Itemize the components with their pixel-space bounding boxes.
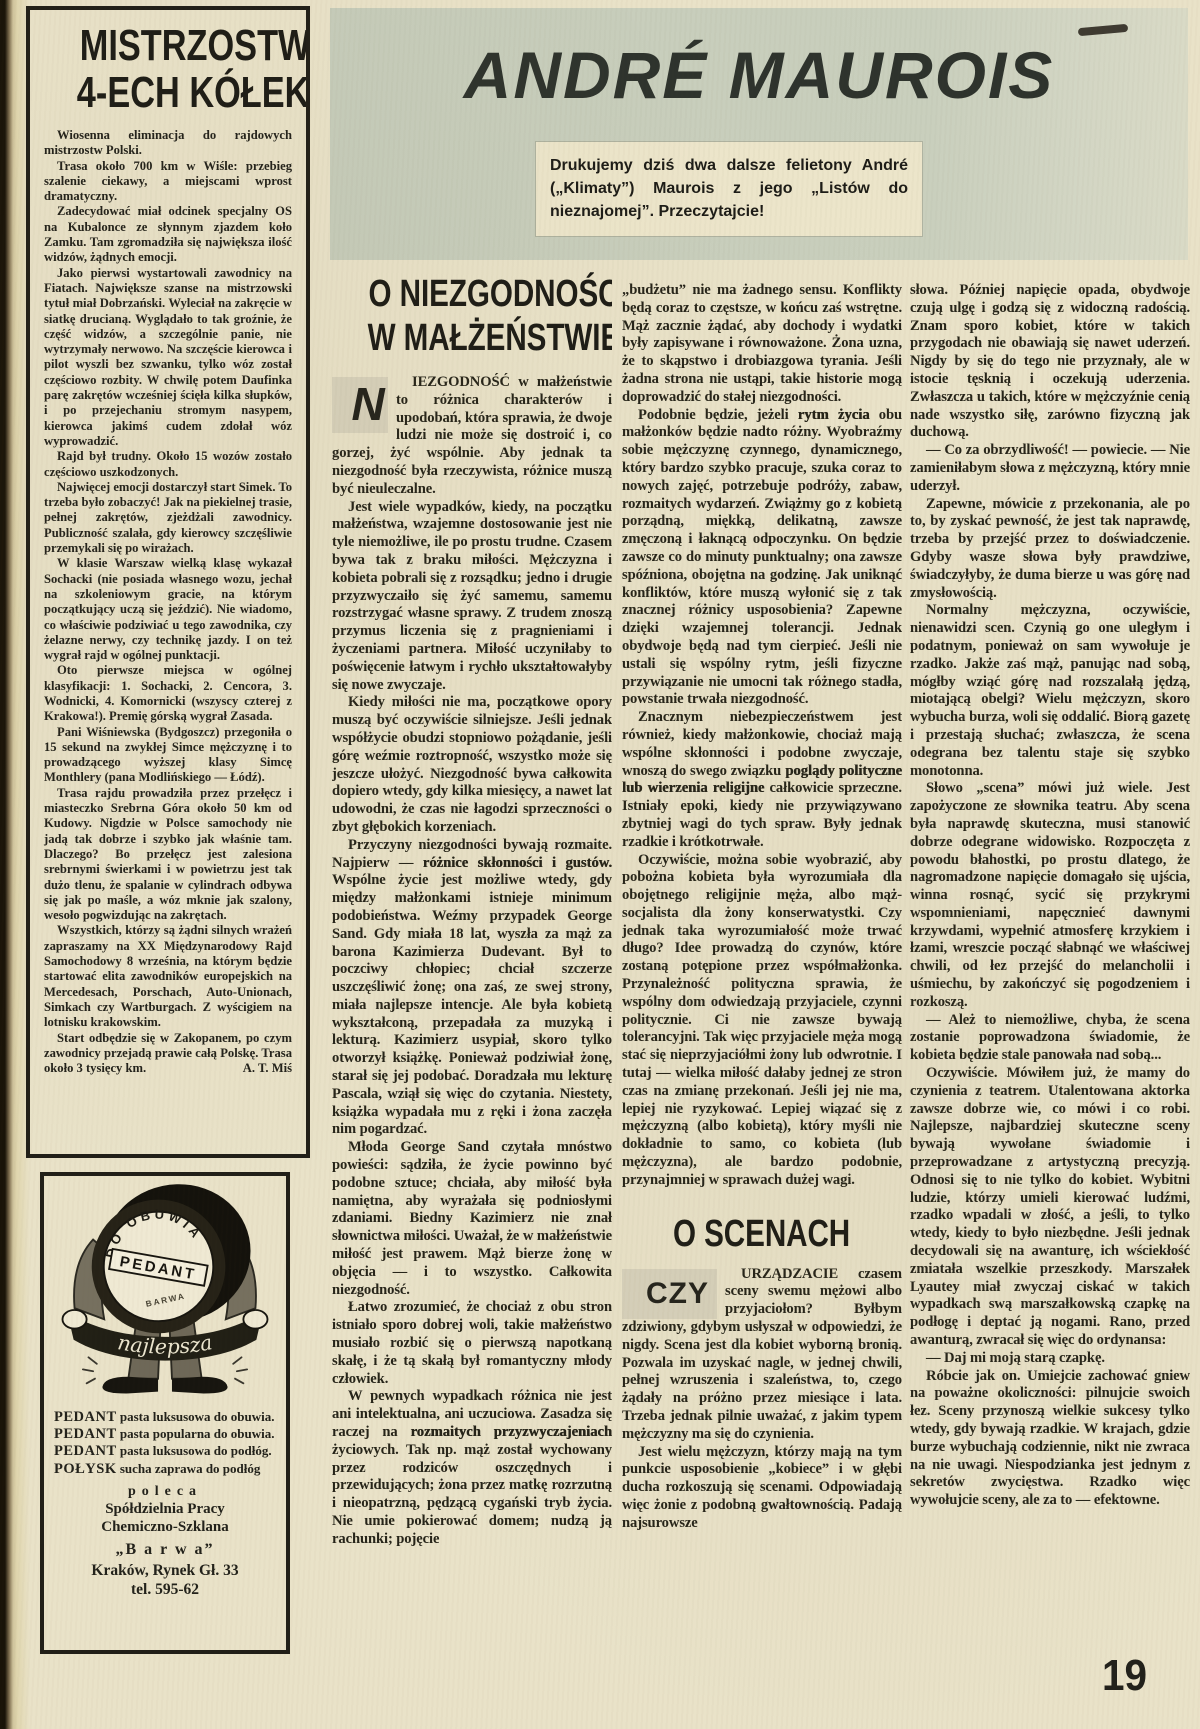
left-shoe bbox=[102, 1377, 158, 1394]
article-column2: „budżetu” nie ma żadnego sensu. Konflikt… bbox=[622, 268, 902, 1656]
paragraph: Trasa około 700 km w Wiśle: przebieg sza… bbox=[44, 159, 292, 205]
ad-company: Spółdzielnia Pracy Chemiczno-Szklana bbox=[54, 1501, 276, 1536]
article1-col2-paragraphs: „budżetu” nie ma żadnego sensu. Konflikt… bbox=[622, 282, 902, 1190]
page-number: 19 bbox=[1102, 1654, 1147, 1698]
ad-address: Kraków, Rynek Gł. 33 bbox=[54, 1561, 276, 1580]
paragraph: Jako pierwsi wystartowali zawodnicy na F… bbox=[44, 266, 292, 450]
newspaper-page: MISTRZOSTWA 4-ECH KÓŁEK Wiosenna elimina… bbox=[0, 0, 1200, 1729]
article1-lead-paragraph: N IEZGODNOŚĆ w małżeństwie to różnica ch… bbox=[332, 374, 612, 499]
paragraph: Młoda George Sand czytała mnóstwo powieś… bbox=[332, 1139, 612, 1299]
svg-text:najlepsza: najlepsza bbox=[116, 1330, 214, 1359]
paragraph: Trasa rajdu prowadziła przez przełęcz i … bbox=[44, 786, 292, 924]
article2-lead-paragraph: CZY URZĄDZACIE czasem sceny swemu mężowi… bbox=[622, 1266, 902, 1444]
article2-title: O SCENACH bbox=[622, 1212, 902, 1256]
paragraph: — Ależ to niemożliwe, chyba, że scena zo… bbox=[910, 1012, 1190, 1065]
paragraph: PEDANT pasta luksusowa do obuwia. bbox=[54, 1409, 276, 1425]
paragraph: Słowo „scena” mówi już wiele. Jest zapoż… bbox=[910, 780, 1190, 1011]
rally-closing-paragraph: Start odbędzie się w Zakopanem, po czym … bbox=[44, 1031, 292, 1077]
paragraph: Oczywiście, można sobie wyobrazić, aby p… bbox=[622, 852, 902, 1190]
ad-company-line1: Spółdzielnia Pracy bbox=[105, 1501, 225, 1517]
advertisement-box: DO OBUWIA PEDANT BARWA najlepsza PEDANT … bbox=[40, 1172, 290, 1654]
paragraph: W pewnych wypadkach różnica nie jest ani… bbox=[332, 1388, 612, 1548]
article2-col3-paragraphs: słowa. Później napięcie opada, obydwoje … bbox=[910, 282, 1190, 1510]
article2-col2-paragraphs: Jest wielu mężczyzn, którzy mają na tym … bbox=[622, 1444, 902, 1533]
masthead: ANDRÉ MAUROIS Drukujemy dziś dwa dalsze … bbox=[330, 8, 1188, 260]
paragraph: Podobnie będzie, jeżeli rytm życia obu m… bbox=[622, 407, 902, 710]
dropcap-czy: CZY bbox=[622, 1269, 717, 1319]
rally-title: MISTRZOSTWA 4-ECH KÓŁEK bbox=[44, 22, 292, 116]
paragraph: Łatwo zrozumieć, że chociaż z obu stron … bbox=[332, 1299, 612, 1388]
paragraph: Wszystkich, którzy są żądni silnych wraż… bbox=[44, 923, 292, 1030]
paragraph: Zadecydować miał odcinek specjalny OS na… bbox=[44, 204, 292, 265]
pedant-ad-illustration: DO OBUWIA PEDANT BARWA najlepsza bbox=[56, 1182, 274, 1405]
paragraph: Znacznym niebezpieczeństwem jest również… bbox=[622, 709, 902, 851]
paragraph: Normalny mężczyzna, oczywiście, nienawid… bbox=[910, 602, 1190, 780]
rally-title-line1: MISTRZOSTWA bbox=[80, 22, 310, 69]
paragraph: Jest wielu mężczyzn, którzy mają na tym … bbox=[622, 1444, 902, 1533]
paragraph: POŁYSK sucha zaprawa do podłóg bbox=[54, 1461, 276, 1477]
paragraph: Wiosenna eliminacja do rajdowych mistrzo… bbox=[44, 128, 292, 159]
ad-company-line2: Chemiczno-Szklana bbox=[101, 1519, 229, 1535]
author-name-title: ANDRÉ MAUROIS bbox=[330, 8, 1188, 108]
paragraph: Pani Wiśniewska (Bydgoszcz) przegoniła o… bbox=[44, 725, 292, 786]
shine-sparkles bbox=[83, 1357, 247, 1383]
rally-title-line2: 4-ECH KÓŁEK bbox=[77, 69, 310, 116]
paragraph: PEDANT pasta popularna do obuwia. bbox=[54, 1426, 276, 1442]
article1-title-line2: W MAŁŻEŃSTWIE bbox=[368, 316, 612, 360]
paragraph: Róbcie jak on. Umiejcie zachować gniew n… bbox=[910, 1368, 1190, 1510]
paragraph: Rajd był trudny. Około 15 wozów zostało … bbox=[44, 449, 292, 480]
paragraph: Kiedy miłości nie ma, początkowe opory m… bbox=[332, 694, 612, 836]
paragraph: „budżetu” nie ma żadnego sensu. Konflikt… bbox=[622, 282, 902, 407]
dropcap-n: N bbox=[332, 377, 388, 433]
rally-body: Wiosenna eliminacja do rajdowych mistrzo… bbox=[44, 128, 292, 1031]
ad-brand-name: „B a r w a” bbox=[54, 1541, 276, 1559]
paragraph: — Co za obrzydliwość! — powiecie. — Nie … bbox=[910, 442, 1190, 495]
ribbon-script-label: najlepsza bbox=[116, 1330, 214, 1359]
polish-tin: DO OBUWIA PEDANT BARWA bbox=[77, 1182, 265, 1346]
paragraph: Zapewne, mówicie z przekonania, ale po t… bbox=[910, 496, 1190, 603]
paragraph: W klasie Warszaw wielką klasę wykazał So… bbox=[44, 556, 292, 663]
ad-poleca: poleca bbox=[54, 1483, 276, 1501]
article1-column1: O NIEZGODNOŚCI W MAŁŻEŃSTWIE N IEZGODNOŚ… bbox=[332, 268, 612, 1656]
paragraph: Jest wiele wypadków, kiedy, na początku … bbox=[332, 499, 612, 695]
paragraph: Oczywiście. Mówiłem już, że mamy do czyn… bbox=[910, 1065, 1190, 1350]
article1-title-line1: O NIEZGODNOŚCI bbox=[369, 272, 612, 316]
ad-product-list: PEDANT pasta luksusowa do obuwia.PEDANT … bbox=[54, 1409, 276, 1478]
ad-phone: tel. 595-62 bbox=[54, 1580, 276, 1599]
article2-title-text: O SCENACH bbox=[673, 1212, 850, 1256]
right-shoe bbox=[172, 1377, 228, 1394]
teaser-text: Drukujemy dziś dwa dalsze felietony Andr… bbox=[550, 154, 908, 223]
paragraph: Oto pierwsze miejsca w ogólnej klasyfika… bbox=[44, 663, 292, 724]
paragraph: PEDANT pasta luksusowa do podłóg. bbox=[54, 1443, 276, 1459]
paragraph: Przyczyny niezgodności bywają rozmaite. … bbox=[332, 837, 612, 1140]
paragraph: słowa. Później napięcie opada, obydwoje … bbox=[910, 282, 1190, 442]
paragraph: Najwięcej emocji dostarczył start Simek.… bbox=[44, 480, 292, 556]
article-rally-box: MISTRZOSTWA 4-ECH KÓŁEK Wiosenna elimina… bbox=[26, 6, 310, 1158]
teaser-box: Drukujemy dziś dwa dalsze felietony Andr… bbox=[536, 142, 922, 236]
paragraph: — Daj mi moją starą czapkę. bbox=[910, 1350, 1190, 1368]
article2-column3: słowa. Później napięcie opada, obydwoje … bbox=[910, 268, 1190, 1656]
article1-title: O NIEZGODNOŚCI W MAŁŻEŃSTWIE bbox=[332, 272, 612, 360]
author-signature: A. T. Miś bbox=[222, 1061, 292, 1076]
article1-col1-paragraphs: Jest wiele wypadków, kiedy, na początku … bbox=[332, 499, 612, 1549]
